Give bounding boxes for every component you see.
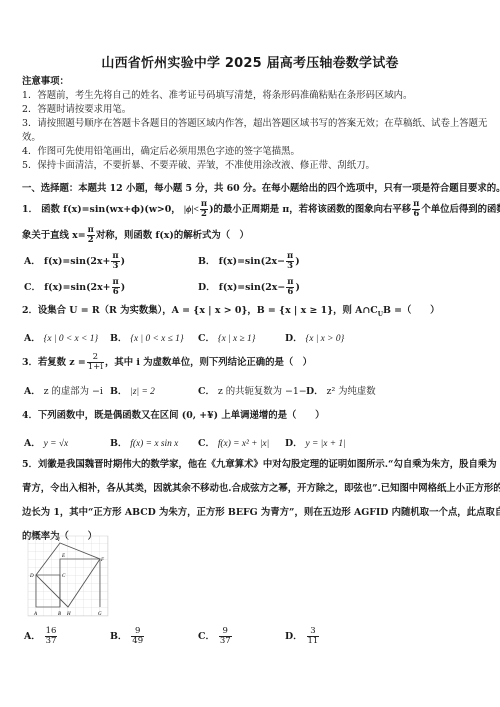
fraction: π6 bbox=[412, 200, 420, 219]
pythagorean-figure: I E F D C A B H G bbox=[27, 535, 109, 620]
question-4: 4．下列函数中，既是偶函数又在区间 (0, +¥) 上单调递增的是（ ） bbox=[22, 410, 325, 422]
svg-text:H: H bbox=[66, 612, 71, 617]
q1-option-b[interactable]: B． f(x)=sin(2x−π3) bbox=[198, 252, 300, 271]
q5-option-d[interactable]: D． 311 bbox=[285, 627, 320, 646]
q1-abs: |ϕ|< bbox=[184, 205, 199, 215]
q2-option-a[interactable]: A． {x | 0 < x < 1} bbox=[24, 330, 98, 344]
q1-option-a[interactable]: A． f(x)=sin(2x+π3) bbox=[24, 252, 125, 271]
q3-option-d[interactable]: D． z² 为纯虚数 bbox=[306, 383, 376, 397]
q2-option-d[interactable]: D． {x | x > 0} bbox=[285, 330, 344, 344]
question-1-line-1: 1． 函数 f(x)=sin(wx+ϕ)(w>0， |ϕ|<π2)的最小正周期是… bbox=[22, 200, 500, 219]
q4-option-a[interactable]: A． y = √x bbox=[24, 435, 68, 449]
q2-option-b[interactable]: B． {x | 0 < x ≤ 1} bbox=[110, 330, 184, 344]
svg-text:E: E bbox=[61, 554, 65, 559]
q1-text: )的最小正周期是 π，若将该函数的图象向右平移 bbox=[209, 204, 411, 215]
q4-option-c[interactable]: C． f(x) = x² + |x| bbox=[198, 435, 269, 449]
q1-text: 象关于直线 x= bbox=[22, 230, 86, 241]
question-1-line-2: 象关于直线 x=π2对称，则函数 f(x)的解析式为（ ） bbox=[22, 226, 249, 245]
question-number: 1． bbox=[22, 204, 38, 215]
q1-text: 函数 f(x)=sin(wx+ϕ)(w>0， bbox=[41, 204, 181, 215]
svg-text:D: D bbox=[29, 574, 34, 579]
fraction: π2 bbox=[200, 200, 208, 219]
page-title: 山西省忻州实验中学 2025 届高考压轴卷数学试卷 bbox=[0, 52, 500, 71]
question-3: 3．若复数 z =21+i，其中 i 为虚数单位，则下列结论正确的是（ ） bbox=[22, 353, 312, 372]
q2-option-c[interactable]: C． {x | x ≥ 1} bbox=[198, 330, 255, 344]
svg-text:I: I bbox=[57, 538, 60, 543]
question-5-line: 边长为 1，其中“正方形 ABCD 为朱方，正方形 BEFG 为青方”，则在五边… bbox=[22, 507, 500, 519]
question-5-line: 青方，令出入相补，各从其类，因就其余不移动也.合成弦方之幂，开方除之，即弦也”.… bbox=[22, 483, 500, 495]
svg-text:G: G bbox=[98, 612, 102, 617]
notice-heading: 注意事项： bbox=[22, 76, 69, 88]
notice-item: 效。 bbox=[22, 132, 41, 144]
q3-option-b[interactable]: B． |z| = 2 bbox=[110, 383, 155, 397]
q1-option-c[interactable]: C． f(x)=sin(2x+π6) bbox=[24, 278, 125, 297]
notice-item: 1．答题前，考生先将自己的姓名、准考证号码填写清楚，将条形码准确粘贴在条形码区域… bbox=[22, 90, 412, 102]
svg-text:B: B bbox=[58, 612, 61, 617]
q3-option-c[interactable]: C． z 的共轭复数为 −1−i bbox=[198, 383, 310, 397]
notice-item: 4．作图可先使用铅笔画出，确定后必须用黑色字迹的签字笔描黑。 bbox=[22, 146, 300, 158]
q1-option-d[interactable]: D． f(x)=sin(2x−π6) bbox=[198, 278, 300, 297]
fraction: π2 bbox=[87, 226, 95, 245]
question-5-line: 5．刘徽是我国魏晋时期伟大的数学家，他在《九章算术》中对勾股定理的证明如图所示.… bbox=[22, 459, 497, 471]
question-2: 2．设集合 U = R（R 为实数集），A = {x | x > 0}，B = … bbox=[22, 305, 440, 321]
q1-text: 对称，则函数 f(x)的解析式为（ ） bbox=[96, 230, 249, 241]
section-heading: 一、选择题：本题共 12 小题，每小题 5 分，共 60 分。在每小题给出的四个… bbox=[22, 183, 500, 195]
notice-item: 3．请按照题号顺序在答题卡各题目的答题区域内作答，超出答题区域书写的答案无效；在… bbox=[22, 118, 487, 130]
q5-option-a[interactable]: A． 1637 bbox=[24, 627, 58, 646]
notice-item: 2．答题时请按要求用笔。 bbox=[22, 104, 131, 116]
q4-option-d[interactable]: D． y = |x + 1| bbox=[285, 435, 346, 449]
q4-option-b[interactable]: B． f(x) = x sin x bbox=[110, 435, 178, 449]
q5-option-c[interactable]: C． 937 bbox=[198, 627, 233, 646]
notice-item: 5．保持卡面清洁，不要折暴、不要弄破、弄皱，不准使用涂改液、修正带、刮纸刀。 bbox=[22, 160, 375, 172]
q1-text: 个单位后得到的函数图 bbox=[421, 204, 500, 215]
q5-option-b[interactable]: B． 949 bbox=[110, 627, 145, 646]
q3-option-a[interactable]: A． z 的虚部为 −i bbox=[24, 383, 103, 397]
